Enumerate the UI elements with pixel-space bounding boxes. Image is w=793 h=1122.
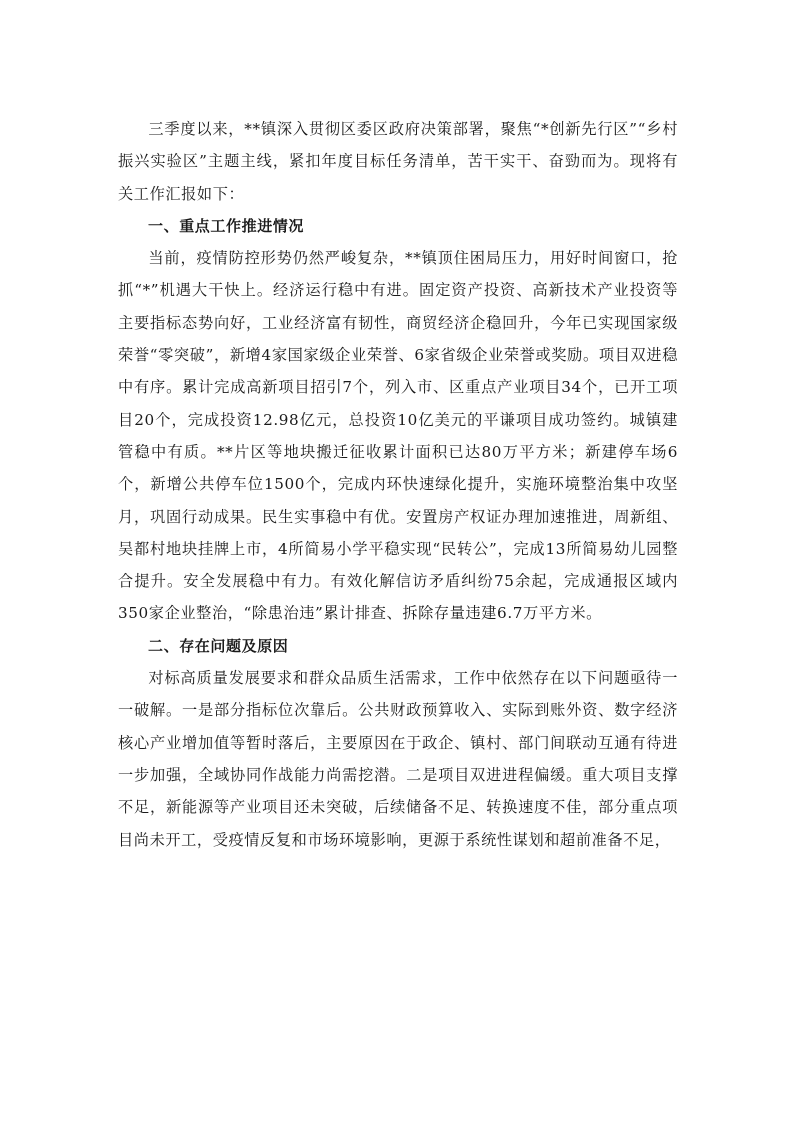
document-page: 三季度以来，**镇深入贯彻区委区政府决策部署，聚焦“*创新先行区”“乡村振兴实验… <box>118 113 678 856</box>
section-heading-2: 二、存在问题及原因 <box>118 630 678 662</box>
section-heading-1: 一、重点工作推进情况 <box>118 210 678 242</box>
intro-paragraph: 三季度以来，**镇深入贯彻区委区政府决策部署，聚焦“*创新先行区”“乡村振兴实验… <box>118 113 678 210</box>
section-body-2: 对标高质量发展要求和群众品质生活需求，工作中依然存在以下问题亟待一一破解。一是部… <box>118 662 678 856</box>
section-body-1: 当前，疫情防控形势仍然严峻复杂，**镇顶住困局压力，用好时间窗口，抢抓“*”机遇… <box>118 242 678 630</box>
